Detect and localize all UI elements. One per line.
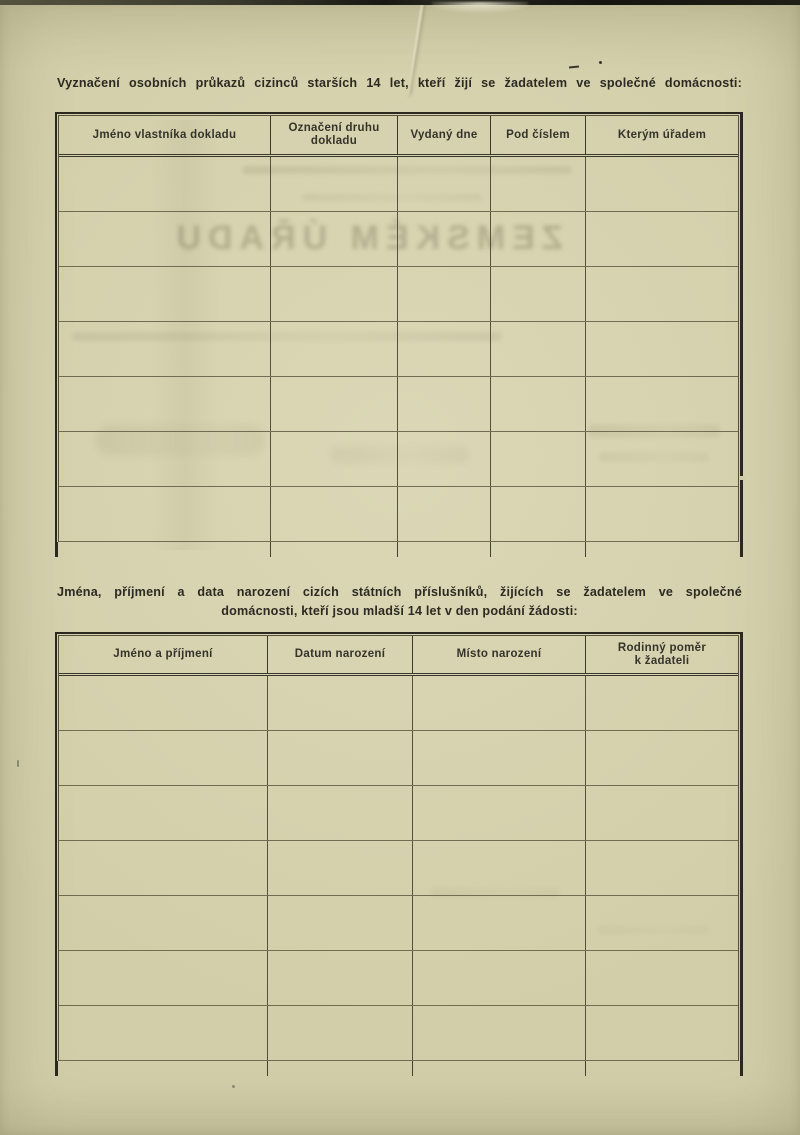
column-header-authority: Kterým úřadem <box>585 116 738 154</box>
column-line-overrun <box>585 1061 586 1076</box>
section-children-heading: Jména, příjmení a data narození cizích s… <box>57 583 742 621</box>
heading-line-1: Jména, příjmení a data narození cizích s… <box>57 583 742 602</box>
empty-cell <box>270 487 397 541</box>
table-row <box>59 322 738 377</box>
table-row <box>59 1006 738 1061</box>
empty-cell <box>412 841 585 895</box>
empty-cell <box>59 676 267 730</box>
empty-cell <box>270 157 397 211</box>
table-row <box>59 377 738 432</box>
empty-cell <box>59 1006 267 1060</box>
ink-speck <box>599 61 602 64</box>
empty-cell <box>397 322 490 376</box>
table-row <box>59 951 738 1006</box>
empty-cell <box>585 1006 738 1060</box>
section-adults-heading: Vyznačení osobních průkazů cizinců starš… <box>57 76 742 90</box>
empty-cell <box>490 432 585 486</box>
heading-line-2: domácnosti, kteří jsou mladší 14 let v d… <box>57 602 742 621</box>
empty-cell <box>412 951 585 1005</box>
border-gap-artifact <box>739 476 745 480</box>
empty-cell <box>585 487 738 541</box>
table-left-border-overrun <box>55 1061 58 1076</box>
empty-cell <box>59 212 270 266</box>
table-row <box>59 676 738 731</box>
empty-cell <box>267 786 412 840</box>
table-left-border-overrun <box>55 542 58 557</box>
empty-cell <box>412 676 585 730</box>
empty-cell <box>490 487 585 541</box>
empty-cell <box>585 267 738 321</box>
empty-cell <box>59 267 270 321</box>
table-row <box>59 786 738 841</box>
empty-cell <box>397 267 490 321</box>
empty-cell <box>59 377 270 431</box>
table-row <box>59 157 738 212</box>
empty-cell <box>397 157 490 211</box>
table-frame: Jméno a příjmení Datum narození Místo na… <box>55 632 743 1061</box>
empty-cell <box>397 432 490 486</box>
empty-cell <box>585 432 738 486</box>
empty-cell <box>267 896 412 950</box>
empty-cell <box>490 267 585 321</box>
column-header-birth-date: Datum narození <box>267 636 412 673</box>
table-inner-border: Jméno vlastníka dokladu Označení druhu d… <box>58 115 739 542</box>
empty-cell <box>59 322 270 376</box>
empty-cell <box>412 896 585 950</box>
empty-cell <box>267 731 412 785</box>
empty-cell <box>59 786 267 840</box>
column-header-number: Pod číslem <box>490 116 585 154</box>
table-row <box>59 267 738 322</box>
empty-cell <box>490 212 585 266</box>
table-row <box>59 432 738 487</box>
empty-cell <box>267 841 412 895</box>
empty-cell <box>270 267 397 321</box>
table-row <box>59 212 738 267</box>
table-body <box>59 676 738 1061</box>
ink-speck <box>232 1085 235 1088</box>
empty-cell <box>267 951 412 1005</box>
empty-cell <box>59 731 267 785</box>
column-header-document-type: Označení druhu dokladu <box>270 116 397 154</box>
empty-cell <box>397 212 490 266</box>
empty-cell <box>490 157 585 211</box>
empty-cell <box>267 676 412 730</box>
empty-cell <box>270 322 397 376</box>
empty-cell <box>267 1006 412 1060</box>
column-line-overrun <box>270 542 271 557</box>
table-inner-border: Jméno a příjmení Datum narození Místo na… <box>58 635 739 1061</box>
column-line-overrun <box>412 1061 413 1076</box>
table-header-row: Jméno vlastníka dokladu Označení druhu d… <box>59 116 738 157</box>
table-right-border-overrun <box>740 542 743 557</box>
empty-cell <box>59 157 270 211</box>
empty-cell <box>585 157 738 211</box>
empty-cell <box>585 841 738 895</box>
empty-cell <box>585 212 738 266</box>
empty-cell <box>585 951 738 1005</box>
empty-cell <box>585 786 738 840</box>
ink-speck <box>17 760 19 767</box>
column-header-birth-place: Místo narození <box>412 636 585 673</box>
fold-highlight <box>432 2 528 14</box>
table-right-border-overrun <box>740 1061 743 1076</box>
table-open-bottom-lines <box>55 1061 743 1076</box>
column-line-overrun <box>585 542 586 557</box>
table-frame: Jméno vlastníka dokladu Označení druhu d… <box>55 112 743 542</box>
empty-cell <box>490 377 585 431</box>
column-header-family-relation: Rodinný poměr k žadateli <box>585 636 738 673</box>
empty-cell <box>397 487 490 541</box>
table-header-row: Jméno a příjmení Datum narození Místo na… <box>59 636 738 676</box>
empty-cell <box>59 841 267 895</box>
empty-cell <box>585 896 738 950</box>
empty-cell <box>412 731 585 785</box>
empty-cell <box>59 896 267 950</box>
column-line-overrun <box>397 542 398 557</box>
column-line-overrun <box>490 542 491 557</box>
empty-cell <box>397 377 490 431</box>
empty-cell <box>59 951 267 1005</box>
table-row <box>59 731 738 786</box>
empty-cell <box>270 377 397 431</box>
empty-cell <box>412 786 585 840</box>
scanned-form-page: { "document": { "language": "cs", "paper… <box>0 0 800 1135</box>
empty-cell <box>490 322 585 376</box>
column-header-owner-name: Jméno vlastníka dokladu <box>59 116 270 154</box>
scan-top-edge <box>0 0 800 5</box>
empty-cell <box>270 212 397 266</box>
table-row <box>59 896 738 951</box>
ink-speck <box>569 65 579 68</box>
table-open-bottom-lines <box>55 542 743 557</box>
column-header-full-name: Jméno a příjmení <box>59 636 267 673</box>
table-body <box>59 157 738 542</box>
empty-cell <box>412 1006 585 1060</box>
table-children-under-14: Jméno a příjmení Datum narození Místo na… <box>55 632 743 1076</box>
table-adult-id-documents: Jméno vlastníka dokladu Označení druhu d… <box>55 112 743 557</box>
empty-cell <box>585 377 738 431</box>
empty-cell <box>585 731 738 785</box>
empty-cell <box>585 676 738 730</box>
column-header-issued-date: Vydaný dne <box>397 116 490 154</box>
empty-cell <box>59 432 270 486</box>
empty-cell <box>270 432 397 486</box>
table-row <box>59 487 738 542</box>
column-line-overrun <box>267 1061 268 1076</box>
empty-cell <box>585 322 738 376</box>
empty-cell <box>59 487 270 541</box>
table-row <box>59 841 738 896</box>
